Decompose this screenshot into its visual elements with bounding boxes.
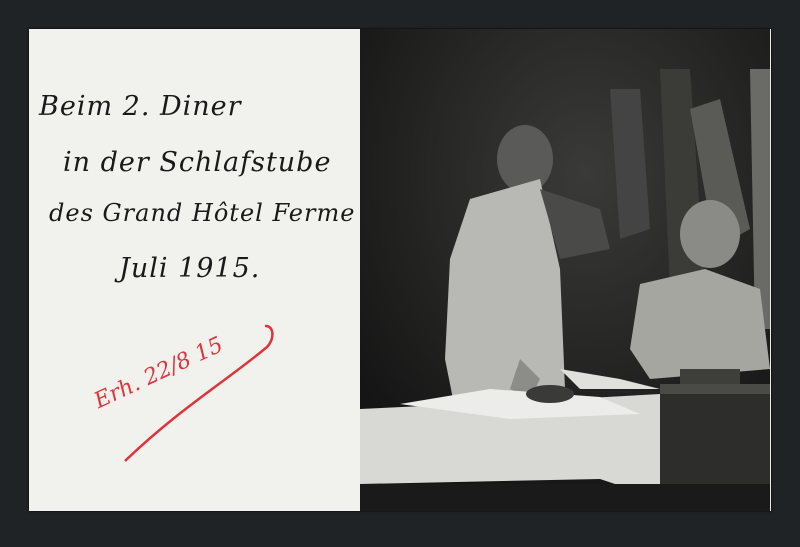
photograph-scene (360, 29, 770, 511)
postcard: Beim 2. Diner in der Schlafstube des Gra… (29, 29, 771, 511)
handwritten-paper-panel: Beim 2. Diner in der Schlafstube des Gra… (29, 29, 360, 511)
red-flourish-stroke (29, 29, 360, 511)
photograph (360, 29, 770, 511)
